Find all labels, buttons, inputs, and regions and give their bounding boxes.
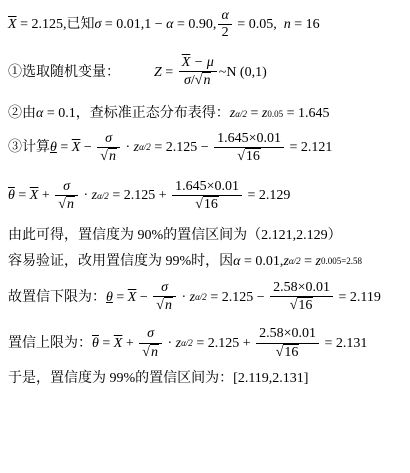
text-run: = 0.90,: [174, 16, 217, 34]
fraction-numerator: 2.58×0.01: [270, 280, 333, 297]
text-run: +: [38, 187, 53, 205]
numeric-fraction: 1.645×0.01 √16: [214, 131, 284, 165]
result-text: = 2.121: [286, 139, 332, 157]
result-text: = 2.129: [244, 187, 290, 205]
xbar-symbol: X: [182, 55, 191, 70]
radical-sign: √: [237, 149, 245, 165]
conclusion-90-text: 由此可得，置信度为 90%的置信区间为（2.121,2.129）: [8, 227, 342, 245]
numeric-fraction: 1.645×0.01 √16: [172, 179, 242, 213]
radical-sign: √: [142, 345, 150, 361]
text-run: =: [99, 335, 114, 353]
fraction-numerator: σ: [97, 131, 120, 148]
theta-lower-symbol: θ: [50, 139, 57, 157]
alpha-symbol: α: [233, 253, 240, 271]
upper-limit-line: θ = X + σ √n · zα/2 = 2.125 + 1.645×0.01…: [8, 179, 290, 213]
z-subscript-alpha-half: α/2: [195, 292, 207, 303]
theta-lower-symbol: θ: [106, 289, 113, 307]
z-subscript-005: 0.05: [267, 109, 283, 120]
text-run: 容易验证，改用置信度为 99%时，因: [8, 253, 233, 271]
theta-upper-symbol: θ: [8, 187, 15, 205]
radicand: n: [164, 297, 173, 314]
conclusion-99-text: 于是，置信度为 99%的置信区间为：[2.119,2.131]: [8, 370, 308, 388]
text-run: −: [80, 139, 95, 157]
radicand: 16: [297, 297, 313, 314]
xbar-symbol: X: [128, 289, 137, 307]
fraction-numerator: α: [218, 8, 231, 25]
fraction-numerator: 1.645×0.01: [172, 179, 242, 196]
note-99-line: 容易验证，改用置信度为 99%时，因α = 0.01,zα/2 = z0.005…: [8, 253, 362, 271]
fraction-numerator: σ: [55, 179, 78, 196]
z-statistic-fraction: X − μ σ/√n: [179, 55, 217, 89]
xbar-symbol: X: [30, 187, 39, 205]
multiplication-dot: ·: [122, 139, 134, 157]
fraction-denominator: √16: [256, 344, 319, 361]
text-run: = 0.01,: [241, 253, 284, 271]
radical-sign: √: [276, 345, 284, 361]
radical-sign: √: [195, 197, 203, 213]
theta-upper-symbol: θ: [92, 335, 99, 353]
sqrt-n: √n: [100, 148, 117, 165]
sqrt-n: √n: [156, 297, 173, 314]
sqrt-n: √n: [142, 344, 159, 361]
text-run: = 0.01,1 −: [101, 16, 166, 34]
result-text: = 2.119: [335, 289, 381, 307]
sigma-over-sqrt-n-fraction: σ √n: [97, 131, 120, 165]
numeric-fraction: 2.58×0.01 √16: [270, 280, 333, 314]
radicand: n: [66, 196, 75, 213]
text-run: = 2.125,已知: [17, 16, 95, 34]
text-run: =: [301, 253, 316, 271]
sqrt-n: √n: [58, 196, 75, 213]
n-symbol: n: [284, 16, 291, 34]
alpha-symbol: α: [36, 105, 43, 123]
text-run: = 16: [291, 16, 320, 34]
math-document: X = 2.125,已知σ = 0.01,1 − α = 0.90, α 2 =…: [0, 0, 410, 387]
text-run: =: [15, 187, 30, 205]
fraction-denominator: √n: [55, 196, 78, 213]
text-run: +: [122, 335, 137, 353]
radicand: 16: [283, 344, 299, 361]
sqrt-n: √n: [195, 72, 212, 89]
fraction-denominator: √16: [270, 297, 333, 314]
fraction-denominator: √n: [139, 344, 162, 361]
upper-limit-label: 置信上限为：: [8, 335, 92, 353]
text-run: =: [57, 139, 72, 157]
text-run: = 0.1，查标准正态分布表得：: [43, 105, 229, 123]
radical-sign: √: [100, 149, 108, 165]
conclusion-99-line: 于是，置信度为 99%的置信区间为：[2.119,2.131]: [8, 370, 308, 388]
conclusion-90-line: 由此可得，置信度为 90%的置信区间为（2.121,2.129）: [8, 227, 342, 245]
fraction-denominator: σ/√n: [179, 72, 217, 89]
z-subscript-alpha-half: α/2: [289, 256, 301, 267]
fraction-numerator: 2.58×0.01: [256, 326, 319, 343]
Z-symbol: Z: [154, 64, 162, 82]
fraction-denominator: √16: [214, 148, 284, 165]
sigma-symbol: σ: [94, 16, 101, 34]
radicand: n: [150, 344, 159, 361]
fraction-numerator: X − μ: [179, 55, 217, 72]
given-values-line: X = 2.125,已知σ = 0.01,1 − α = 0.90, α 2 =…: [8, 8, 320, 41]
radical-sign: √: [156, 298, 164, 314]
step2-z-value-line: ②由α = 0.1，查标准正态分布表得：zα/2 = z0.05 = 1.645: [8, 105, 329, 123]
upper-limit-99-line: 置信上限为：θ = X + σ √n · zα/2 = 2.125 + 2.58…: [8, 326, 367, 360]
radicand: n: [108, 148, 117, 165]
fraction-denominator: √16: [172, 196, 242, 213]
radical-sign: √: [290, 298, 298, 314]
multiplication-dot: ·: [80, 187, 92, 205]
text-run: =: [247, 105, 262, 123]
radical-sign: √: [195, 73, 203, 89]
alpha-over-two-fraction: α 2: [218, 8, 231, 41]
sqrt-16: √16: [290, 297, 314, 314]
radical-sign: √: [58, 197, 66, 213]
z-subscript-0005: 0.005=2.58: [321, 256, 362, 267]
fraction-denominator: √n: [97, 148, 120, 165]
xbar-symbol: X: [72, 139, 81, 157]
text-run: = 2.125 −: [207, 289, 268, 307]
radicand: n: [202, 72, 211, 89]
fraction-denominator: √n: [153, 297, 176, 314]
result-text: = 2.131: [321, 335, 367, 353]
radicand: 16: [203, 196, 219, 213]
text-run: −: [136, 289, 151, 307]
lower-limit-label: 故置信下限为：: [8, 289, 106, 307]
sigma-over-sqrt-n-fraction: σ √n: [153, 280, 176, 314]
radicand: 16: [245, 148, 261, 165]
xbar-symbol: X: [114, 335, 123, 353]
lower-limit-99-line: 故置信下限为：θ = X − σ √n · zα/2 = 2.125 − 2.5…: [8, 280, 381, 314]
distribution-text: ~N (0,1): [219, 64, 267, 82]
z-subscript-alpha-half: α/2: [181, 338, 193, 349]
xbar-symbol: X: [8, 16, 17, 34]
multiplication-dot: ·: [178, 289, 190, 307]
alpha-symbol: α: [166, 16, 173, 34]
sqrt-16: √16: [276, 344, 300, 361]
step3-lower-limit-line: ③计算θ = X − σ √n · zα/2 = 2.125 − 1.645×0…: [8, 131, 332, 165]
z-subscript-alpha-half: α/2: [139, 142, 151, 153]
fraction-numerator: σ: [153, 280, 176, 297]
multiplication-dot: ·: [164, 335, 176, 353]
sigma-over-sqrt-n-fraction: σ √n: [139, 326, 162, 360]
z-subscript-alpha-half: α/2: [235, 109, 247, 120]
text-run: = 1.645: [283, 105, 329, 123]
fraction-numerator: σ: [139, 326, 162, 343]
text-run: = 0.05,: [234, 16, 284, 34]
text-run: = 2.125 +: [109, 187, 170, 205]
z-subscript-alpha-half: α/2: [97, 191, 109, 202]
sqrt-16: √16: [237, 148, 261, 165]
text-run: =: [162, 64, 177, 82]
step1-label: ①选取随机变量：: [8, 64, 120, 82]
numeric-fraction: 2.58×0.01 √16: [256, 326, 319, 360]
text-run: ③计算: [8, 139, 50, 157]
sqrt-16: √16: [195, 196, 219, 213]
minus-mu: − μ: [190, 55, 213, 70]
text-run: = 2.125 +: [193, 335, 254, 353]
text-run: ②由: [8, 105, 36, 123]
text-run: =: [113, 289, 128, 307]
text-run: = 2.125 −: [151, 139, 212, 157]
step1-random-variable-line: ①选取随机变量： Z = X − μ σ/√n ~N (0,1): [8, 55, 267, 89]
fraction-numerator: 1.645×0.01: [214, 131, 284, 148]
fraction-denominator: 2: [218, 25, 231, 41]
sigma-symbol: σ: [184, 73, 191, 88]
sigma-over-sqrt-n-fraction: σ √n: [55, 179, 78, 213]
